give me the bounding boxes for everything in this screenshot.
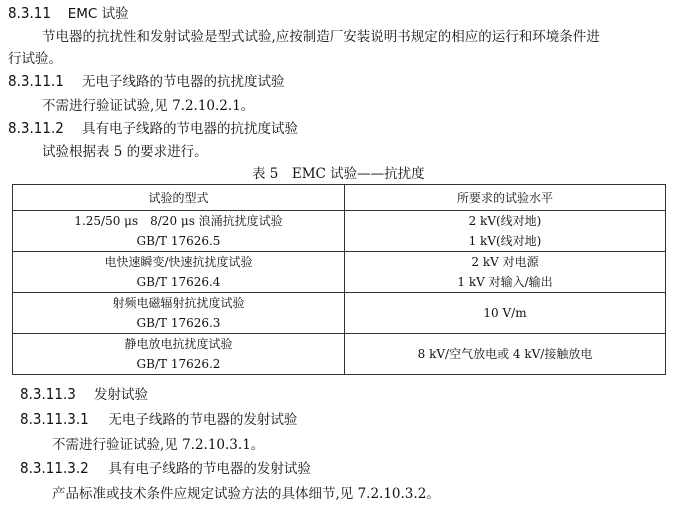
test-cell: 静电放电抗扰度试验 GB/T 17626.2 xyxy=(13,334,345,375)
paragraph-continuation: 行试验。 xyxy=(8,47,62,67)
table-caption: 表 5 EMC 试验——抗扰度 xyxy=(252,162,425,182)
level-cell: 2 kV 对电源 1 kV 对输入/输出 xyxy=(345,252,666,293)
test-cell: 1.25/50 μs 8/20 μs 浪涌抗扰度试验 GB/T 17626.5 xyxy=(13,211,345,252)
section-number: 8.3.11.2 xyxy=(8,119,64,137)
section-number: 8.3.11.1 xyxy=(8,72,64,90)
section-number: 8.3.11 xyxy=(8,4,51,22)
section-title: 无电子线路的节电器的抗扰度试验 xyxy=(82,74,285,90)
section-heading-8-3-11-3: 8.3.11.3发射试验 xyxy=(20,383,148,403)
table-row: 静电放电抗扰度试验 GB/T 17626.2 8 kV/空气放电或 4 kV/接… xyxy=(13,334,666,375)
table-header-row: 试验的型式 所要求的试验水平 xyxy=(13,185,666,211)
section-heading-8-3-11-3-1: 8.3.11.3.1无电子线路的节电器的发射试验 xyxy=(20,408,297,428)
paragraph: 不需进行验证试验,见 7.2.10.2.1。 xyxy=(42,94,254,114)
level-cell: 8 kV/空气放电或 4 kV/接触放电 xyxy=(345,334,666,375)
paragraph: 不需进行验证试验,见 7.2.10.3.1。 xyxy=(52,433,264,453)
section-heading-8-3-11-1: 8.3.11.1无电子线路的节电器的抗扰度试验 xyxy=(8,70,285,90)
section-title: 具有电子线路的节电器的抗扰度试验 xyxy=(82,121,298,137)
table-row: 1.25/50 μs 8/20 μs 浪涌抗扰度试验 GB/T 17626.5 … xyxy=(13,211,666,252)
section-title: EMC 试验 xyxy=(68,6,129,22)
emc-immunity-table: 试验的型式 所要求的试验水平 1.25/50 μs 8/20 μs 浪涌抗扰度试… xyxy=(12,184,666,375)
section-number: 8.3.11.3.1 xyxy=(20,410,89,428)
section-heading-8-3-11-3-2: 8.3.11.3.2具有电子线路的节电器的发射试验 xyxy=(20,457,311,477)
header-test-type: 试验的型式 xyxy=(13,185,345,211)
section-heading-8-3-11-2: 8.3.11.2具有电子线路的节电器的抗扰度试验 xyxy=(8,117,298,137)
level-cell: 2 kV(线对地) 1 kV(线对地) xyxy=(345,211,666,252)
section-heading-8-3-11: 8.3.11EMC 试验 xyxy=(8,2,129,22)
header-test-level: 所要求的试验水平 xyxy=(345,185,666,211)
test-cell: 射频电磁辐射抗扰度试验 GB/T 17626.3 xyxy=(13,293,345,334)
paragraph: 产品标准或技术条件应规定试验方法的具体细节,见 7.2.10.3.2。 xyxy=(52,482,440,502)
paragraph: 节电器的抗扰性和发射试验是型式试验,应按制造厂安装说明书规定的相应的运行和环境条… xyxy=(42,25,600,45)
paragraph: 试验根据表 5 的要求进行。 xyxy=(42,140,208,160)
section-title: 具有电子线路的节电器的发射试验 xyxy=(108,461,311,477)
section-title: 发射试验 xyxy=(94,387,148,403)
test-cell: 电快速瞬变/快速抗扰度试验 GB/T 17626.4 xyxy=(13,252,345,293)
section-number: 8.3.11.3 xyxy=(20,385,76,403)
section-number: 8.3.11.3.2 xyxy=(20,459,89,477)
section-title: 无电子线路的节电器的发射试验 xyxy=(108,412,297,428)
table-row: 射频电磁辐射抗扰度试验 GB/T 17626.3 10 V/m xyxy=(13,293,666,334)
table-row: 电快速瞬变/快速抗扰度试验 GB/T 17626.4 2 kV 对电源 1 kV… xyxy=(13,252,666,293)
level-cell: 10 V/m xyxy=(345,293,666,334)
